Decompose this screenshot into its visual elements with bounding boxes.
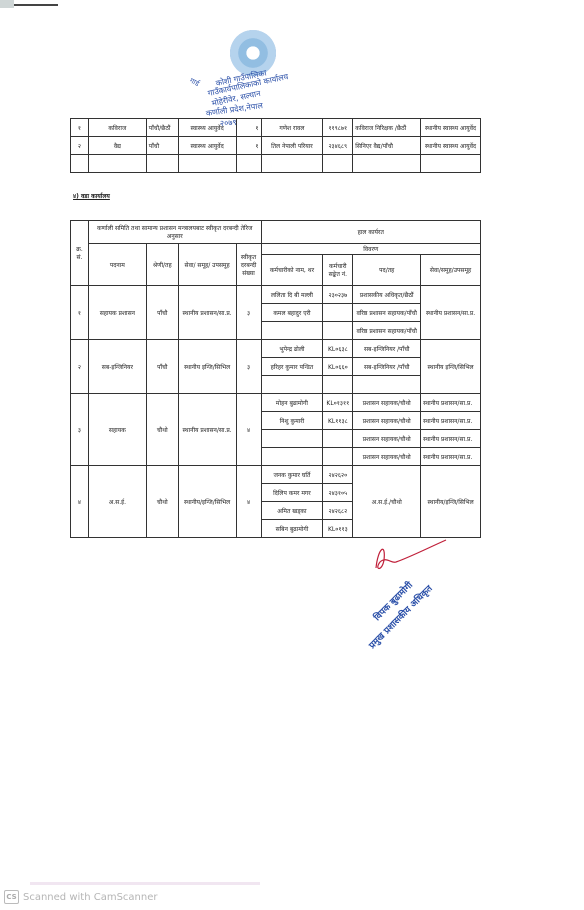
cell-level: पाँचौ xyxy=(146,286,178,340)
table-cell: १ xyxy=(236,137,261,155)
cell-post: सब-इन्जिनियर xyxy=(88,340,146,394)
table-row: ४अ.स.ई.चौथोस्थानीय/इन्जि/सिभिल४जनक कुमार… xyxy=(71,466,481,484)
table-cell: तिल नेपाली परियार xyxy=(261,137,323,155)
cell-current-service: स्थानीय प्रशासन/सा.प्र. xyxy=(421,430,481,448)
cell-service: स्थानीय प्रशासन/सा.प्र. xyxy=(178,394,236,466)
header-level: श्रेणी/तह xyxy=(146,244,178,286)
table-cell: स्वास्थ्य आयुर्वेद xyxy=(178,119,236,137)
signature-scribble xyxy=(368,538,448,578)
header-employee-code: कर्मचारी सङ्केत नं. xyxy=(323,255,353,286)
cell-level: पाँचौ xyxy=(146,340,178,394)
table-cell xyxy=(323,155,353,173)
header-post: पदनाम xyxy=(88,244,146,286)
table-cell xyxy=(178,155,236,173)
cell-level: चौथो xyxy=(146,394,178,466)
cell-current-service: स्थानीय इन्जि/सिभिल xyxy=(421,340,481,394)
cell-post: सहायक प्रशासन xyxy=(88,286,146,340)
header-current-service: सेवा/समूह/उपसमूह xyxy=(421,255,481,286)
table-row: १सहायक प्रशासनपाँचौस्थानीय प्रशासन/सा.प्… xyxy=(71,286,481,304)
cell-employee-code: KL०१३११ xyxy=(323,394,353,412)
table-cell: गणेश रावल xyxy=(261,119,323,137)
cell-service: स्थानीय/इन्जि/सिभिल xyxy=(178,466,236,538)
header-approved-group: कर्णाली समिति तथा सामान्य प्रशासन मन्त्र… xyxy=(88,221,261,244)
cell-approved-count: ३ xyxy=(236,340,261,394)
camscanner-watermark: CS Scanned with CamScanner xyxy=(4,890,158,904)
header-serial: क्र. सं. xyxy=(71,221,89,286)
cell-employee-code: २३०२३७ xyxy=(323,286,353,304)
cell-position: अ.स.ई./चौथो xyxy=(353,466,421,538)
top-staff-table: १कविराजपाँचौ/छैठौंस्वास्थ्य आयुर्वेद१गणे… xyxy=(70,118,481,173)
table-cell: स्थानीय स्वास्थ्य आयुर्वेद xyxy=(421,137,481,155)
cell-current-service: स्थानीय प्रशासन/सा.प्र. xyxy=(421,394,481,412)
table-cell: कविराज xyxy=(88,119,146,137)
cell-employee-code: २४३१०५ xyxy=(323,484,353,502)
cell-approved-count: ३ xyxy=(236,286,261,340)
cell-employee-name: ललिता दि बी मल्ली xyxy=(261,286,323,304)
cell-employee-name: मोहन बुढामोगी xyxy=(261,394,323,412)
table-cell: स्थानीय स्वास्थ्य आयुर्वेद xyxy=(421,119,481,137)
cell-position: प्रशासन सहायक/चौथो xyxy=(353,448,421,466)
table-cell xyxy=(88,155,146,173)
cell-employee-code: KL०६३८ xyxy=(323,340,353,358)
cell-approved-count: ४ xyxy=(236,394,261,466)
stamp-line: गार्ड xyxy=(188,77,201,89)
table-cell: वैद्य xyxy=(88,137,146,155)
table-cell: २ xyxy=(71,137,89,155)
cell-post: अ.स.ई. xyxy=(88,466,146,538)
table-cell xyxy=(421,155,481,173)
table-cell xyxy=(261,155,323,173)
table-cell: १ xyxy=(236,119,261,137)
cell-position xyxy=(353,376,421,394)
cell-employee-name: दिलिप कमर मगर xyxy=(261,484,323,502)
header-approved-count: स्वीकृत दरबन्दी संख्या xyxy=(236,244,261,286)
cell-employee-name xyxy=(261,376,323,394)
cell-current-service: स्थानीय प्रशासन/सा.प्र. xyxy=(421,448,481,466)
cell-serial: ३ xyxy=(71,394,89,466)
cell-employee-code xyxy=(323,322,353,340)
cell-serial: ४ xyxy=(71,466,89,538)
cell-position: वरिष्ठ प्रशासन सहायक/पाँचौ xyxy=(353,304,421,322)
camscanner-text: Scanned with CamScanner xyxy=(23,892,158,903)
cell-position: प्रशासकीय अधिकृत/छैठौं xyxy=(353,286,421,304)
cell-employee-name: कमल बहादुर एरी xyxy=(261,304,323,322)
cell-position: प्रशासन सहायक/चौथो xyxy=(353,430,421,448)
cell-current-service: स्थानीय/इन्जि/सिभिल xyxy=(421,466,481,538)
faint-scan-artifact xyxy=(30,882,260,885)
cell-level: चौथो xyxy=(146,466,178,538)
cell-employee-code: KL०११३ xyxy=(323,520,353,538)
cell-employee-name: निशु कुमारी xyxy=(261,412,323,430)
cell-approved-count: ४ xyxy=(236,466,261,538)
camscanner-logo-icon: CS xyxy=(4,890,19,904)
table-row xyxy=(71,155,481,173)
cell-employee-name: जनक कुमार घर्ति xyxy=(261,466,323,484)
cell-position: सब-इन्जिनियर /पाँचौ xyxy=(353,340,421,358)
table-cell xyxy=(353,155,421,173)
table-cell: १ xyxy=(71,119,89,137)
cell-employee-name: अमित खड्का xyxy=(261,502,323,520)
cell-position: सब-इन्जिनियर /पाँचौ xyxy=(353,358,421,376)
ward-office-table: क्र. सं. कर्णाली समिति तथा सामान्य प्रशा… xyxy=(70,220,481,538)
table-cell: ११९८७१ xyxy=(323,119,353,137)
cell-post: सहायक xyxy=(88,394,146,466)
cell-employee-name xyxy=(261,430,323,448)
header-details: विवरण xyxy=(261,244,480,255)
cell-service: स्थानीय प्रशासन/सा.प्र. xyxy=(178,286,236,340)
table-row: २वैद्यपाँचौस्वास्थ्य आयुर्वेद१तिल नेपाली… xyxy=(71,137,481,155)
cell-employee-code: २४२६२० xyxy=(323,466,353,484)
header-current: हाल कार्यरत xyxy=(261,221,480,244)
cell-current-service: स्थानीय प्रशासन/सा.प्र. xyxy=(421,286,481,340)
cell-serial: २ xyxy=(71,340,89,394)
cell-employee-code: KL०६६० xyxy=(323,358,353,376)
section-title: ४) वडा कार्यालय xyxy=(73,192,110,200)
cell-serial: १ xyxy=(71,286,89,340)
cell-employee-name: भुपेन्द्र ढोली xyxy=(261,340,323,358)
table-cell: सिनिएर वैद्य/पाँचौ xyxy=(353,137,421,155)
header-service: सेवा/ समूह/ उपसमूह xyxy=(178,244,236,286)
cell-employee-name: सबिन बुढामोगी xyxy=(261,520,323,538)
table-cell xyxy=(71,155,89,173)
header-employee-name: कर्मचारीको नाम, थर xyxy=(261,255,323,286)
table-cell: पाँचौ/छैठौं xyxy=(146,119,178,137)
cell-position: प्रशासन सहायक/चौथो xyxy=(353,394,421,412)
cell-employee-name: हरिहर कुमार पन्डित xyxy=(261,358,323,376)
cell-employee-code xyxy=(323,430,353,448)
cell-position: प्रशासन सहायक/चौथो xyxy=(353,412,421,430)
cell-employee-code: KL११३८ xyxy=(323,412,353,430)
table-row: १कविराजपाँचौ/छैठौंस्वास्थ्य आयुर्वेद१गणे… xyxy=(71,119,481,137)
table-cell: पाँचौ xyxy=(146,137,178,155)
cell-employee-name xyxy=(261,448,323,466)
cell-employee-name xyxy=(261,322,323,340)
table-cell: कविराज निरिक्षक /छैठौं xyxy=(353,119,421,137)
cell-employee-code xyxy=(323,304,353,322)
table-cell xyxy=(146,155,178,173)
cell-employee-code: २४२६८२ xyxy=(323,502,353,520)
table-row: २सब-इन्जिनियरपाँचौस्थानीय इन्जि/सिभिल३भु… xyxy=(71,340,481,358)
scan-corner-mark xyxy=(0,0,62,8)
cell-employee-code xyxy=(323,376,353,394)
table-cell: २३४६८९ xyxy=(323,137,353,155)
cell-service: स्थानीय इन्जि/सिभिल xyxy=(178,340,236,394)
cell-position: वरिष्ठ प्रशासन सहायक/पाँचौ xyxy=(353,322,421,340)
office-stamp: गार्ड कोशी गाउँपालिका गाउँकार्यपालिकाको … xyxy=(190,30,340,130)
header-position: पद/तह xyxy=(353,255,421,286)
table-cell: स्वास्थ्य आयुर्वेद xyxy=(178,137,236,155)
table-row: ३सहायकचौथोस्थानीय प्रशासन/सा.प्र.४मोहन ब… xyxy=(71,394,481,412)
cell-employee-code xyxy=(323,448,353,466)
table-cell xyxy=(236,155,261,173)
cell-current-service: स्थानीय प्रशासन/सा.प्र. xyxy=(421,412,481,430)
